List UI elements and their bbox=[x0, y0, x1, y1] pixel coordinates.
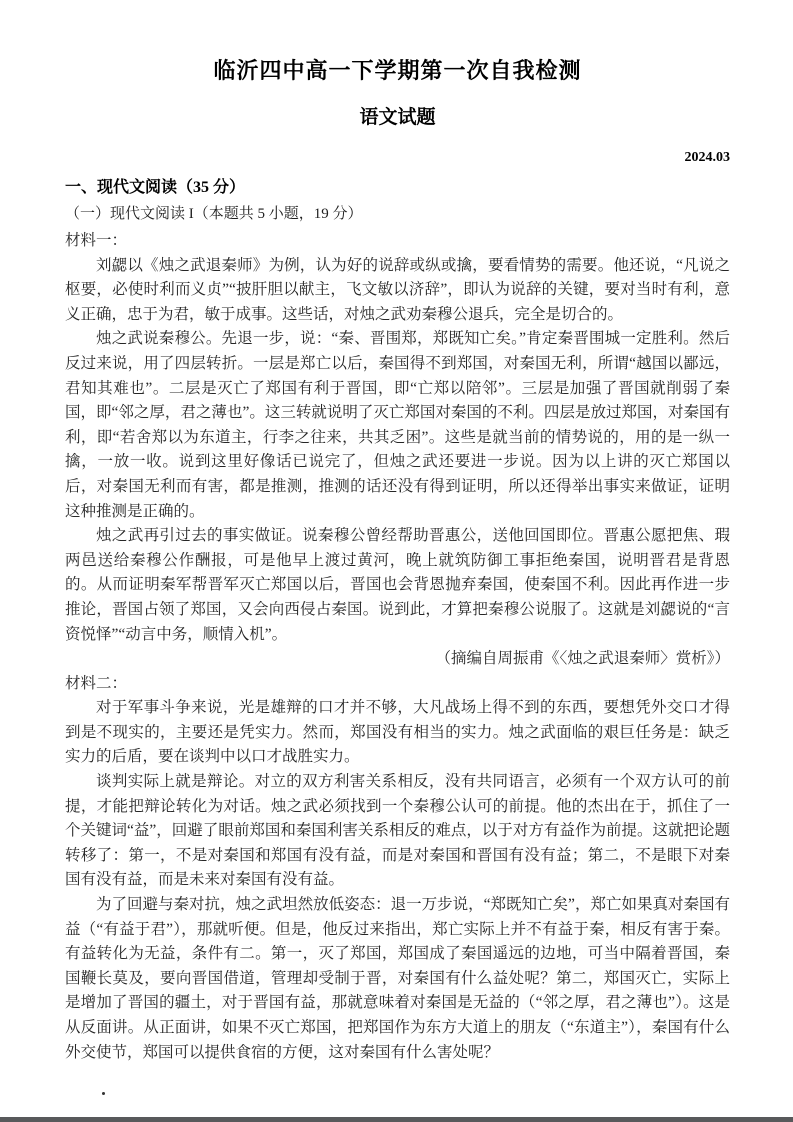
material-one-paragraph-2: 烛之武说秦穆公。先退一步，说：“秦、晋围郑，郑既知亡矣。”肯定秦晋围城一定胜利。… bbox=[65, 327, 730, 524]
stray-mark-dot bbox=[102, 1092, 105, 1095]
material-two-paragraph-1: 对于军事斗争来说，光是雄辩的口才并不够，大凡战场上得不到的东西，要想凭外交口才得… bbox=[65, 696, 730, 770]
material-two-paragraph-3: 为了回避与秦对抗，烛之武坦然放低姿态：退一万步说，“郑既知亡矣”，郑亡如果真对秦… bbox=[65, 893, 730, 1065]
page-subtitle: 语文试题 bbox=[65, 102, 730, 129]
material-one-paragraph-1: 刘勰以《烛之武退秦师》为例，认为好的说辞或纵或擒，要看情势的需要。他还说，“凡说… bbox=[65, 254, 730, 328]
material-one-paragraph-3: 烛之武再引过去的事实做证。说秦穆公曾经帮助晋惠公，送他回国即位。晋惠公愿把焦、瑕… bbox=[65, 524, 730, 647]
material-one-label: 材料一： bbox=[65, 229, 730, 254]
section-heading-modern-reading: 一、现代文阅读（35 分） bbox=[65, 174, 730, 197]
document-content: 临沂四中高一下学期第一次自我检测 语文试题 2024.03 一、现代文阅读（35… bbox=[65, 0, 730, 1065]
section-subheading-reading-one: （一）现代文阅读 I（本题共 5 小题，19 分） bbox=[65, 202, 730, 223]
date-label: 2024.03 bbox=[65, 150, 730, 166]
page-bottom-divider bbox=[0, 1117, 793, 1122]
reading-passage: 材料一： 刘勰以《烛之武退秦师》为例，认为好的说辞或纵或擒，要看情势的需要。他还… bbox=[65, 229, 730, 1065]
material-one-attribution: （摘编自周振甫《〈烛之武退秦师〉赏析》） bbox=[65, 647, 730, 672]
page-title: 临沂四中高一下学期第一次自我检测 bbox=[65, 54, 730, 85]
material-two-paragraph-2: 谈判实际上就是辩论。对立的双方利害关系相反，没有共同语言，必须有一个双方认可的前… bbox=[65, 770, 730, 893]
material-two-label: 材料二： bbox=[65, 672, 730, 697]
document-page: 临沂四中高一下学期第一次自我检测 语文试题 2024.03 一、现代文阅读（35… bbox=[0, 0, 793, 1122]
